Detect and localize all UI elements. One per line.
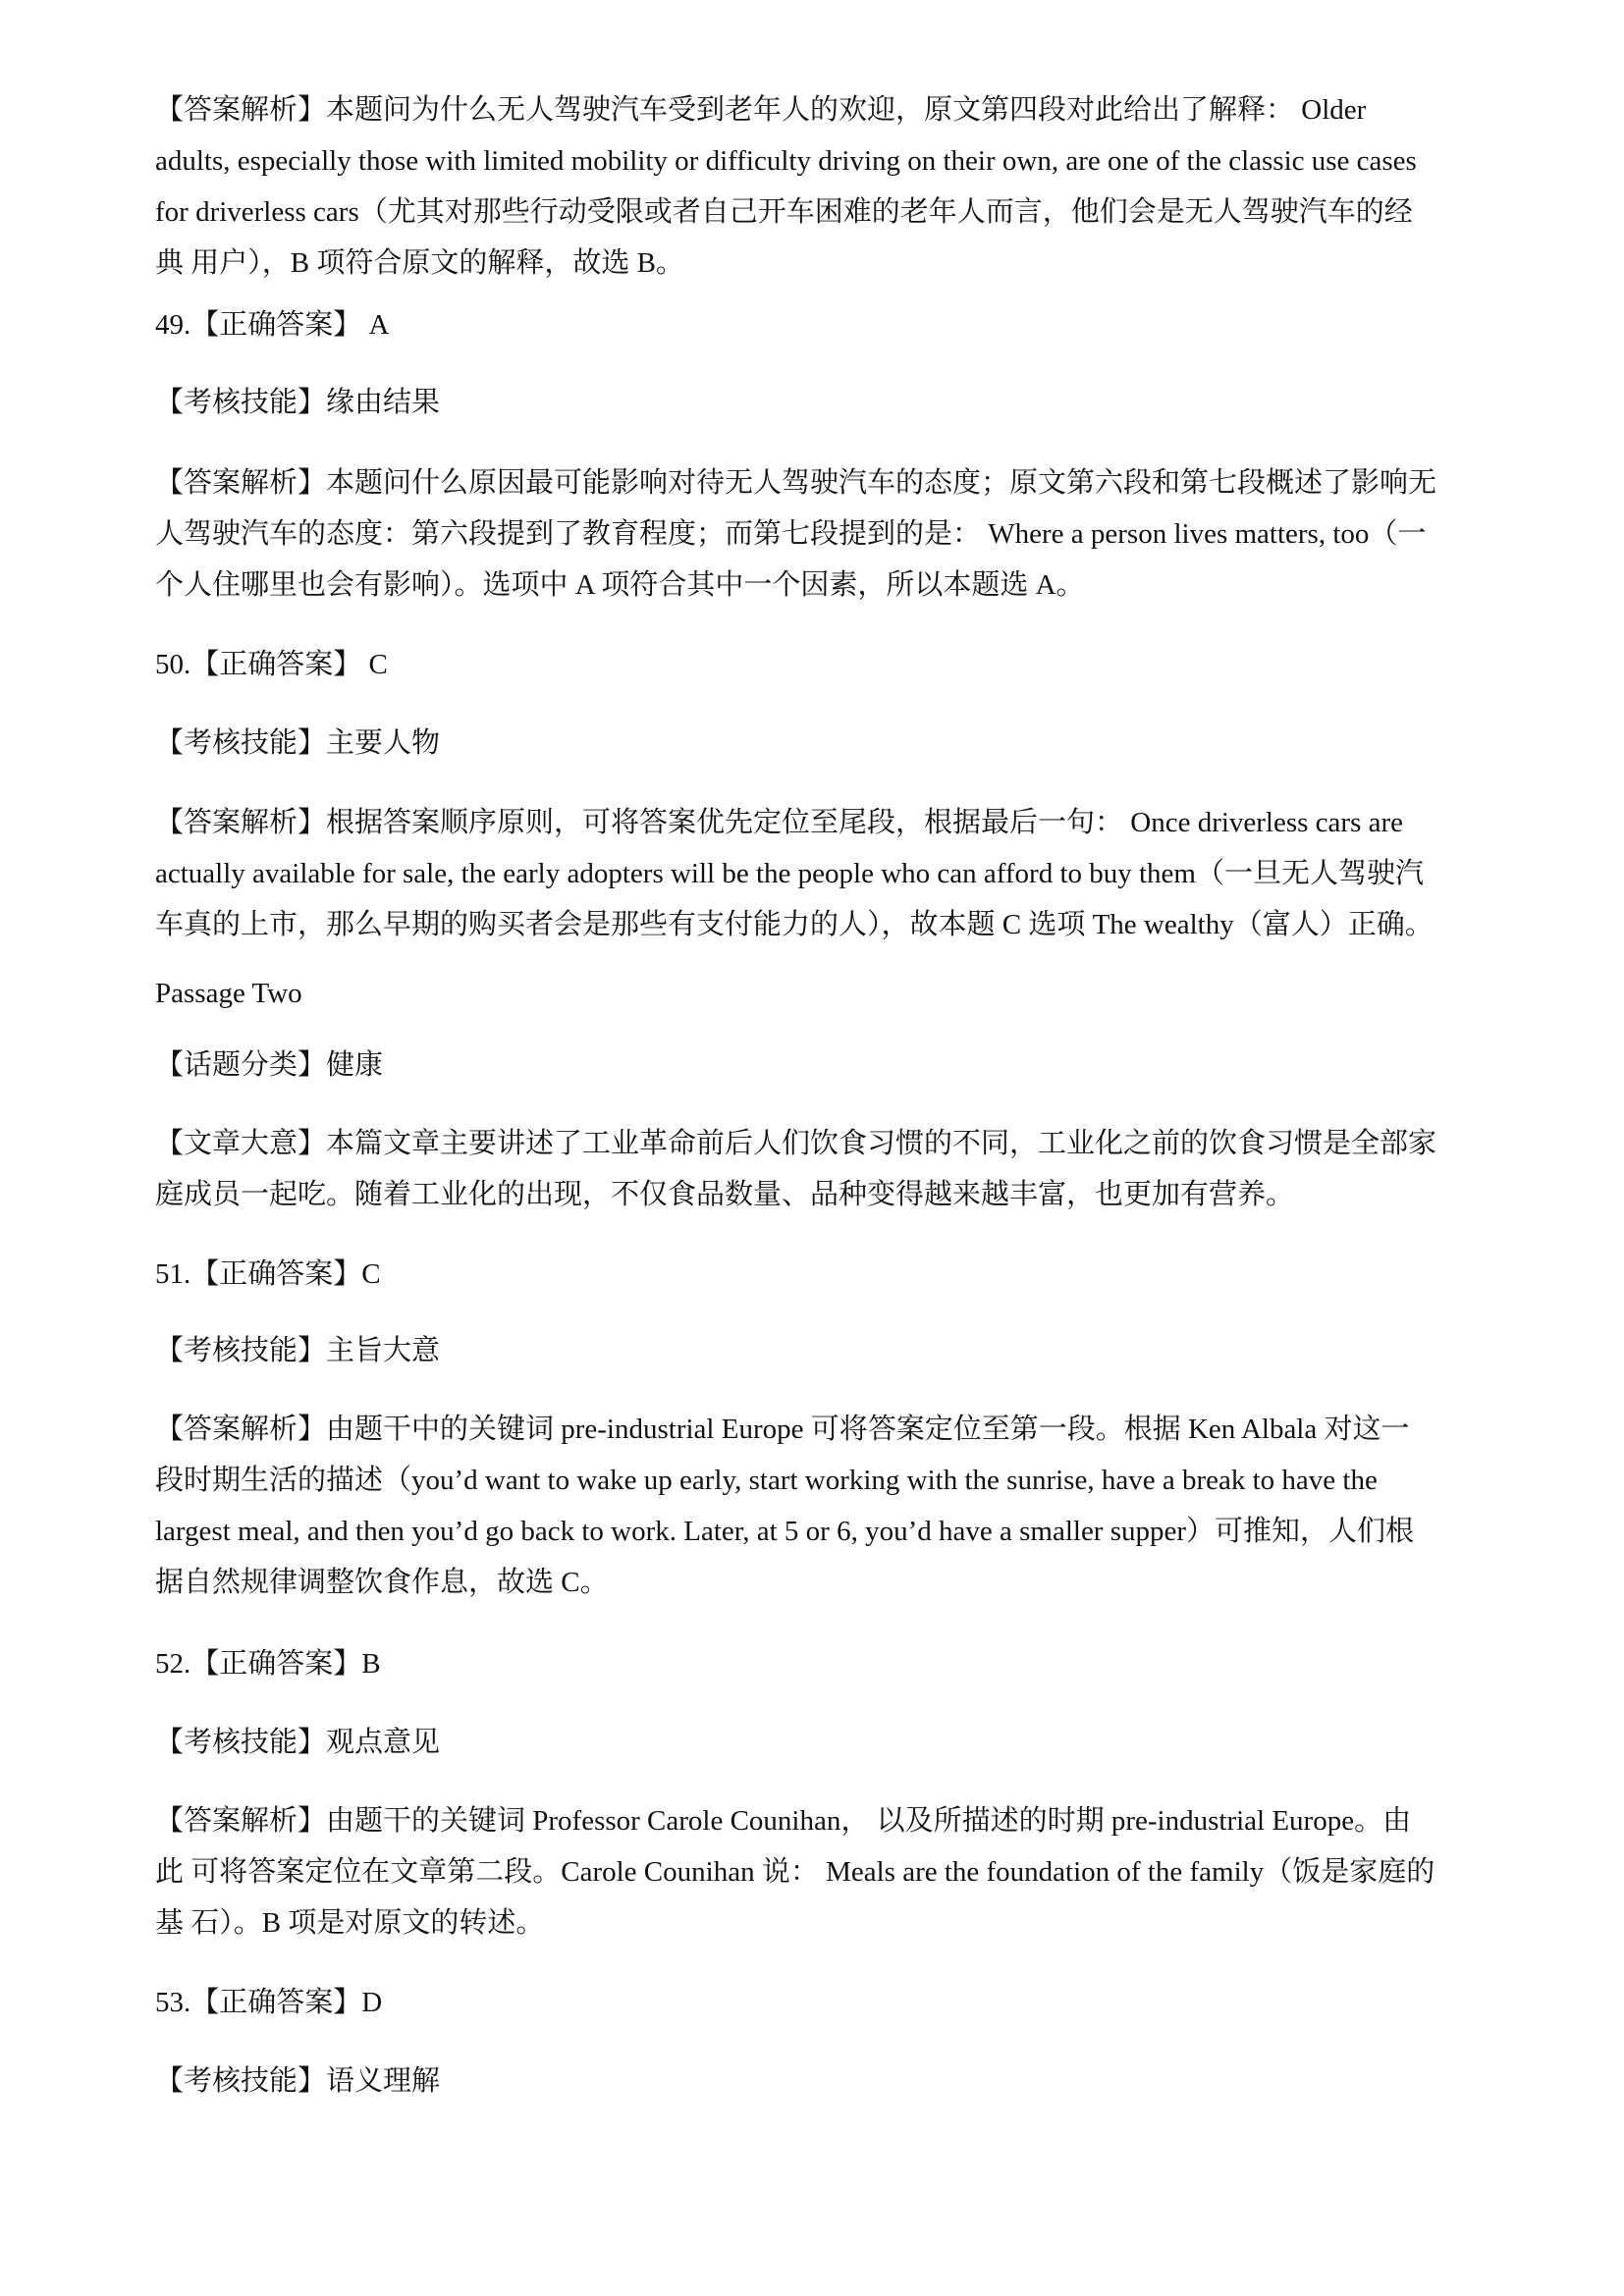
- text-line: 车真的上市，那么早期的购买者会是那些有支付能力的人），故本题 C 选项 The …: [155, 909, 1434, 940]
- text-line: for driverless cars（尤其对那些行动受限或者自己开车困难的老年…: [155, 196, 1413, 228]
- text-line: 此 可将答案定位在文章第二段。Carole Counihan 说： Meals …: [155, 1856, 1435, 1888]
- text-line: 【答案解析】根据答案顺序原则，可将答案优先定位至尾段，根据最后一句： Once …: [155, 807, 1403, 838]
- q50-skill: 【考核技能】主要人物: [155, 718, 1530, 769]
- text-line: 【答案解析】本题问什么原因最可能影响对待无人驾驶汽车的态度；原文第六段和第七段概…: [155, 467, 1436, 499]
- text-line: actually available for sale, the early a…: [155, 858, 1424, 889]
- text-line: 52.【正确答案】B: [155, 1648, 381, 1680]
- text-line: 50.【正确答案】 C: [155, 649, 388, 680]
- q49-skill: 【考核技能】缘由结果: [155, 377, 1530, 428]
- q52-answer: 52.【正确答案】B: [155, 1638, 1530, 1689]
- text-line: 【文章大意】本篇文章主要讲述了工业革命前后人们饮食习惯的不同，工业化之前的饮食习…: [155, 1128, 1436, 1159]
- q51-analysis: 【答案解析】由题干中的关键词 pre-industrial Europe 可将答…: [155, 1404, 1530, 1608]
- topic-category: 【话题分类】健康: [155, 1040, 1530, 1091]
- text-line: Passage Two: [155, 978, 302, 1009]
- q50-answer: 50.【正确答案】 C: [155, 639, 1530, 690]
- text-line: 基 石）。B 项是对原文的转述。: [155, 1907, 544, 1939]
- text-line: 49.【正确答案】 A: [155, 309, 389, 341]
- q51-answer: 51.【正确答案】C: [155, 1249, 1530, 1300]
- q53-skill: 【考核技能】语义理解: [155, 2056, 1530, 2107]
- q52-analysis: 【答案解析】由题干的关键词 Professor Carole Counihan，…: [155, 1795, 1530, 1949]
- text-line: 【答案解析】由题干的关键词 Professor Carole Counihan，…: [155, 1805, 1411, 1837]
- q51-skill: 【考核技能】主旨大意: [155, 1325, 1530, 1376]
- text-line: 个人住哪里也会有影响）。选项中 A 项符合其中一个因素，所以本题选 A。: [155, 569, 1085, 601]
- text-line: 【答案解析】本题问为什么无人驾驶汽车受到老年人的欢迎，原文第四段对此给出了解释：…: [155, 94, 1366, 126]
- q49-answer: 49.【正确答案】 A: [155, 299, 1530, 350]
- text-line: largest meal, and then you’d go back to …: [155, 1516, 1414, 1547]
- text-line: 51.【正确答案】C: [155, 1258, 381, 1290]
- text-line: 人驾驶汽车的态度：第六段提到了教育程度；而第七段提到的是： Where a pe…: [155, 518, 1426, 550]
- text-line: 【答案解析】由题干中的关键词 pre-industrial Europe 可将答…: [155, 1414, 1410, 1445]
- text-line: 【考核技能】语义理解: [155, 2065, 440, 2097]
- text-line: 典 用户），B 项符合原文的解释，故选 B。: [155, 247, 684, 279]
- q53-answer: 53.【正确答案】D: [155, 1977, 1530, 2028]
- text-line: adults, especially those with limited mo…: [155, 145, 1417, 177]
- text-line: 据自然规律调整饮食作息，故选 C。: [155, 1567, 609, 1598]
- text-line: 【话题分类】健康: [155, 1049, 383, 1081]
- passage-heading: Passage Two: [155, 968, 1530, 1019]
- text-line: 53.【正确答案】D: [155, 1987, 382, 2018]
- passage-summary: 【文章大意】本篇文章主要讲述了工业革命前后人们饮食习惯的不同，工业化之前的饮食习…: [155, 1118, 1530, 1220]
- document-page: 【答案解析】本题问为什么无人驾驶汽车受到老年人的欢迎，原文第四段对此给出了解释：…: [0, 0, 1624, 2296]
- text-line: 庭成员一起吃。随着工业化的出现，不仅食品数量、品种变得越来越丰富，也更加有营养。: [155, 1179, 1294, 1210]
- text-line: 【考核技能】观点意见: [155, 1727, 440, 1758]
- text-line: 【考核技能】缘由结果: [155, 387, 440, 418]
- q48-analysis: 【答案解析】本题问为什么无人驾驶汽车受到老年人的欢迎，原文第四段对此给出了解释：…: [155, 84, 1530, 289]
- q49-analysis: 【答案解析】本题问什么原因最可能影响对待无人驾驶汽车的态度；原文第六段和第七段概…: [155, 457, 1530, 611]
- q50-analysis: 【答案解析】根据答案顺序原则，可将答案优先定位至尾段，根据最后一句： Once …: [155, 797, 1530, 950]
- text-line: 【考核技能】主旨大意: [155, 1335, 440, 1366]
- text-line: 【考核技能】主要人物: [155, 727, 440, 759]
- text-line: 段时期生活的描述（you’d want to wake up early, st…: [155, 1465, 1378, 1496]
- q52-skill: 【考核技能】观点意见: [155, 1717, 1530, 1768]
